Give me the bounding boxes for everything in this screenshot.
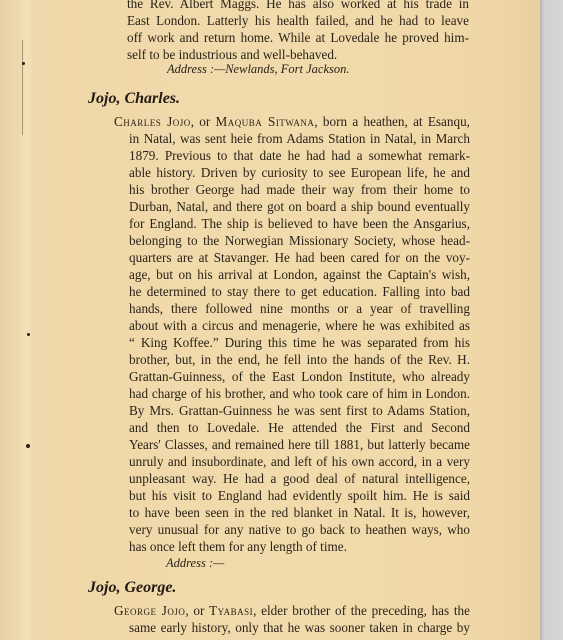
lead-rest: , elder brother of the preceding, has th… [253,603,470,618]
ink-speck [22,62,25,65]
text-line: Grattan-Guinness, of the East London Ins… [129,368,470,386]
text-line: 1879. Previous to that date he had had a… [129,147,470,165]
text-line: able history. Driven by curiosity to see… [129,164,470,182]
text-line: for England. The ship is believed to hav… [129,215,470,233]
text-line: off work and return home. While at Loved… [127,29,469,47]
lead-name: George Jojo [114,603,185,618]
lead-name: Charles Jojo [114,114,191,129]
text-line: By Mrs. Grattan-Guinness he was sent fir… [129,402,470,420]
entry-lead-line: Charles Jojo, or Maquba Sitwana, born a … [114,113,470,131]
text-line: he determined to stay there to get educa… [129,283,470,301]
text-line: unpleasant way. He had a good deal of na… [129,470,470,488]
text-line: unruly and insubordinate, and left of hi… [129,453,470,471]
text-line: belonging to the Norwegian Missionary So… [129,232,470,250]
text-line: East London. Latterly his health failed,… [127,12,469,30]
text-line: to have been seen in the red blanket in … [129,504,470,522]
text-line: “ King Koffee.” During this time he was … [129,334,470,352]
text-line: age, but on his arrival at London, again… [129,266,470,284]
text-line: about with a circus and menagerie, where… [129,317,470,335]
lead-rest: , born a heathen, at Esanqu, [314,114,470,129]
text-line: hands, there followed nine months or a y… [129,300,470,318]
text-line: in Natal, was sent heie from Adams Stati… [129,130,470,148]
entry-heading: Jojo, George. [88,579,176,597]
lead-sep: , or [191,114,216,129]
entry-lead-line: George Jojo, or Tyabasi, elder brother o… [114,602,470,620]
address-line: Address :— [166,556,224,571]
lead-alias: Maquba Sitwana [216,114,315,129]
text-line: and then to Lovedale. He attended the Fi… [129,419,470,437]
gutter-crease [22,40,23,135]
text-line: very unusual for any native to go back t… [129,521,470,539]
text-line: Years' Classes, and remained here till 1… [129,436,470,454]
page-edge-background [540,0,563,640]
lead-alias: Tyabasi [209,603,253,618]
text-line: but his visit to England had evidently s… [129,487,470,505]
address-line: Address :—Newlands, Fort Jackson. [167,62,350,77]
ink-speck [27,333,30,336]
ink-speck [26,444,30,448]
text-line: same early history, only that he was soo… [129,619,470,637]
text-line: has once left them for any length of tim… [129,538,359,556]
lead-sep: , or [185,603,209,618]
text-line: quarters are at Stavanger. He had been c… [129,249,470,267]
text-line: Durban, Natal, and there got on board a … [129,198,470,216]
text-line: his brother George had made their way fr… [129,181,470,199]
text-line: had charge of his brother, and who took … [129,385,470,403]
entry-heading: Jojo, Charles. [88,90,180,108]
text-line: brother, but, in the end, he fell into t… [129,351,470,369]
